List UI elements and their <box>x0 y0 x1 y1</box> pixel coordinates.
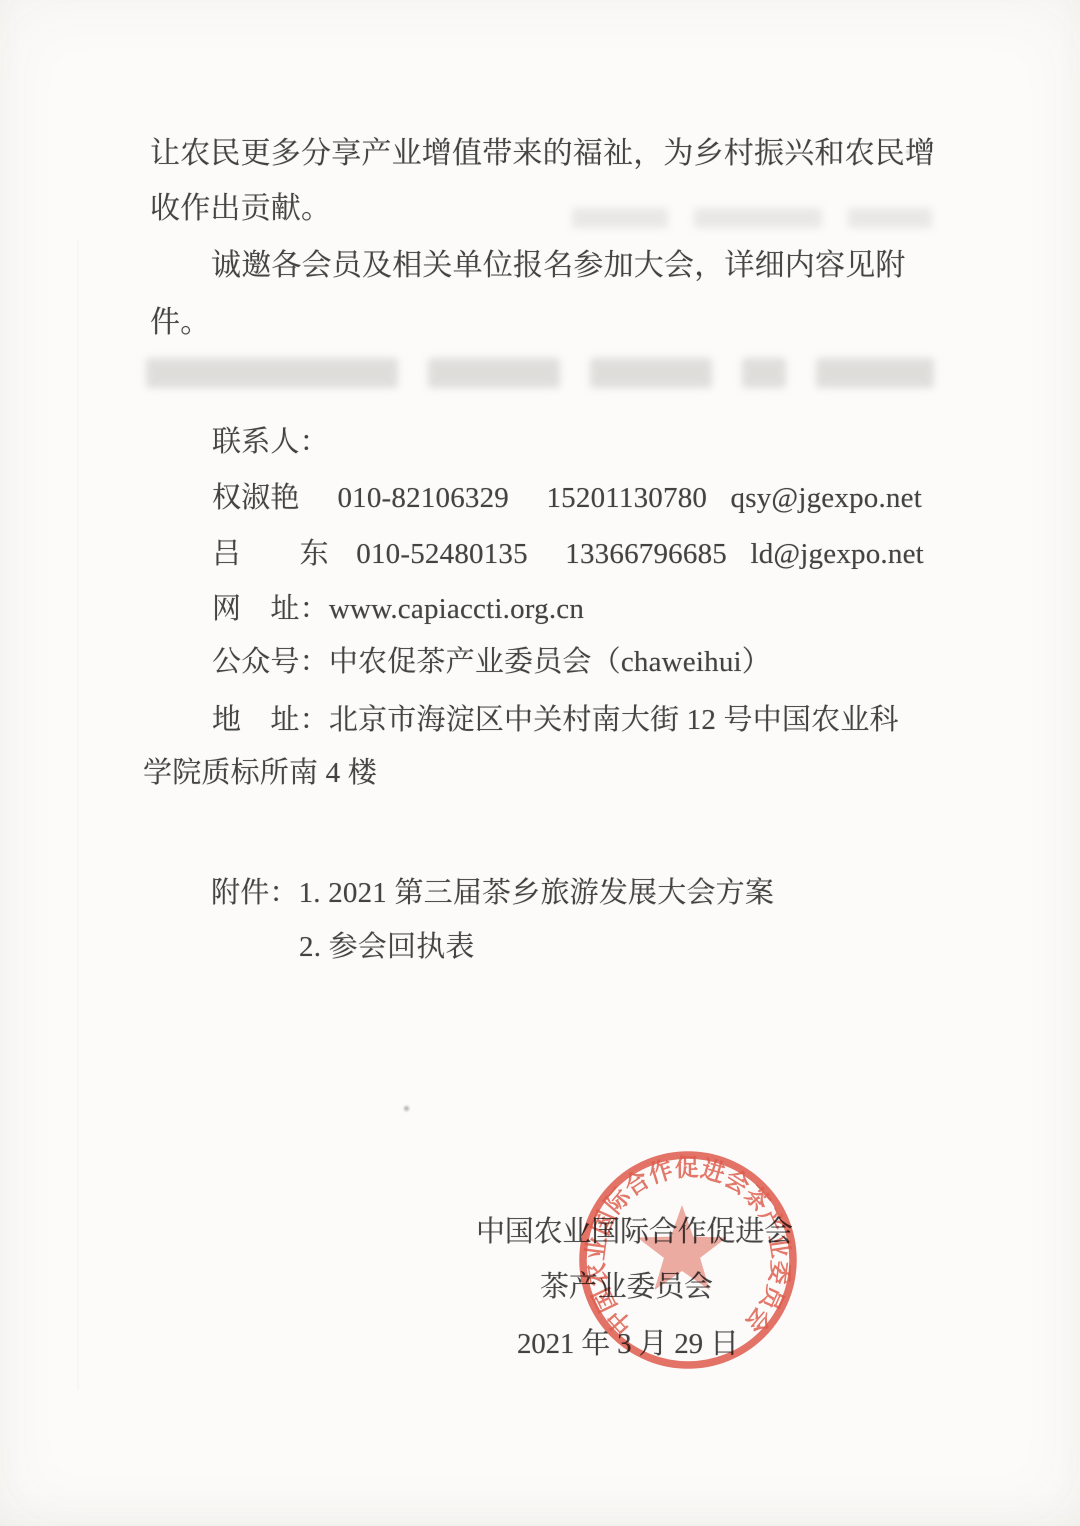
website-line: 网 址：www.capiaccti.org.cn <box>212 593 584 626</box>
contact-row: 权淑艳 010-82106329 15201130780 qsy@jgexpo.… <box>212 482 922 515</box>
wechat-account: 中农促茶产业委员会（chaweihui） <box>329 646 771 678</box>
scan-edge-artifact <box>77 240 79 1390</box>
contact-mobile: 13366796685 <box>565 538 727 570</box>
paragraph-line: 诚邀各会员及相关单位报名参加大会，详细内容见附 <box>211 249 906 284</box>
official-seal: 中国农业国际合作促进会茶产业委员会 <box>556 1128 820 1392</box>
attachments-line-1: 附件：1. 2021 第三届茶乡旅游发展大会方案 <box>211 877 774 910</box>
seal-star-icon <box>637 1205 726 1290</box>
address-value: 北京市海淀区中关村南大街 12 号中国农业科 <box>329 704 899 736</box>
contact-phone: 010-52480135 <box>356 538 528 570</box>
address-label: 地 址： <box>212 704 329 736</box>
scan-speck-artifact <box>404 1106 409 1111</box>
contact-email: qsy@jgexpo.net <box>731 482 922 514</box>
contact-name: 权淑艳 <box>212 482 310 515</box>
address-line: 学院质标所南 4 楼 <box>143 757 377 790</box>
bleed-through-artifact <box>146 358 934 388</box>
bleed-through-artifact <box>572 208 932 228</box>
contact-email: ld@jgexpo.net <box>750 538 923 570</box>
website-label: 网 址： <box>212 593 329 625</box>
contact-heading: 联系人： <box>212 426 329 459</box>
attachments-line-2: 2. 参会回执表 <box>299 931 475 964</box>
contact-name: 吕 东 <box>212 538 329 571</box>
paragraph-line: 件。 <box>150 306 210 341</box>
address-line: 地 址：北京市海淀区中关村南大街 12 号中国农业科 <box>212 704 899 737</box>
contact-mobile: 15201130780 <box>546 482 707 514</box>
paragraph-line: 让农民更多分享产业增值带来的福祉，为乡村振兴和农民增 <box>150 137 935 172</box>
scanned-letter-page: 让农民更多分享产业增值带来的福祉，为乡村振兴和农民增 收作出贡献。 诚邀各会员及… <box>0 0 1080 1526</box>
contact-phone: 010-82106329 <box>337 482 509 514</box>
paragraph-line: 收作出贡献。 <box>150 192 331 227</box>
wechat-label: 公众号： <box>212 646 329 678</box>
wechat-line: 公众号：中农促茶产业委员会（chaweihui） <box>212 646 771 679</box>
contact-row: 吕 东 010-52480135 13366796685 ld@jgexpo.n… <box>212 538 924 571</box>
website-url: www.capiaccti.org.cn <box>329 593 584 625</box>
